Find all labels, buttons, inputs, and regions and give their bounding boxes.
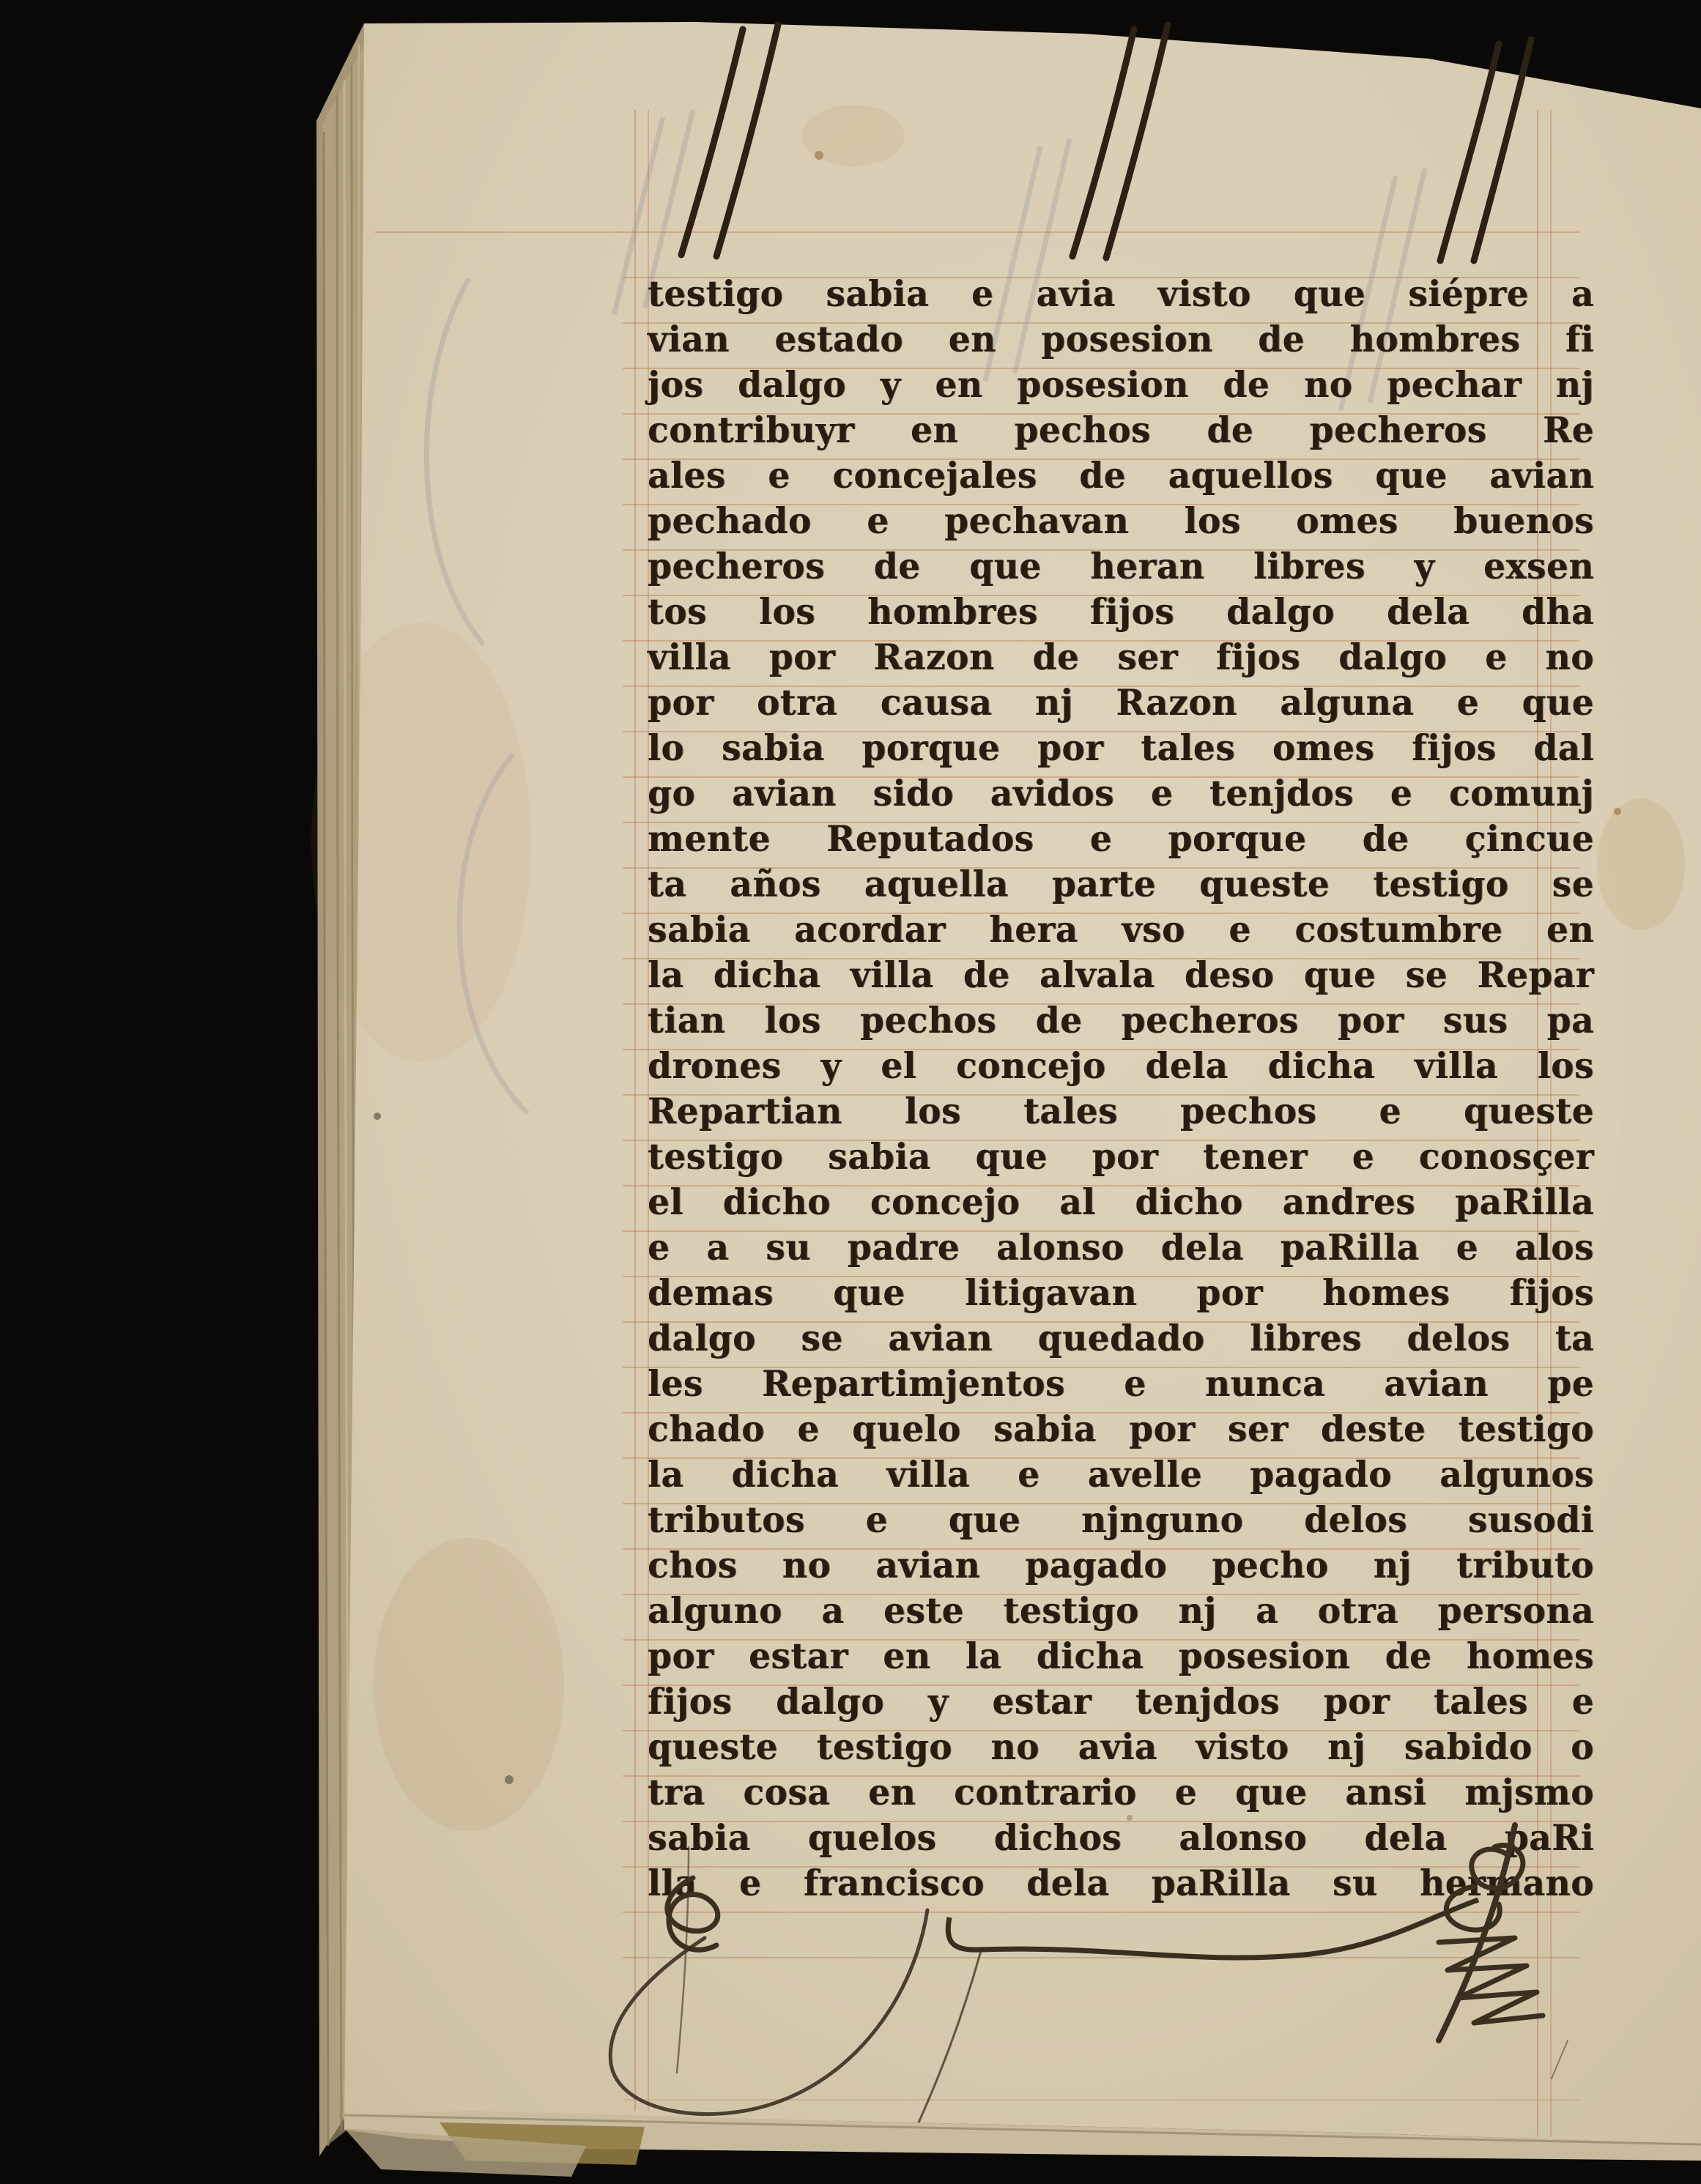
manuscript-line: jos dalgo y en posesion de no pechar nj [648, 362, 1594, 409]
manuscript-line: e a su padre alonso dela paRilla e alos [648, 1225, 1594, 1271]
manuscript-line: contribuyr en pechos de pecheros Re [648, 407, 1594, 454]
ruling-line-top-extension [375, 231, 624, 233]
manuscript-line: sabia quelos dichos alonso dela paRi [648, 1815, 1594, 1862]
manuscript-line: queste testigo no avia visto nj sabido o [648, 1724, 1594, 1771]
manuscript-line: tos los hombres fijos dalgo dela dha [648, 589, 1594, 636]
manuscript-line: la dicha villa e avelle pagado algunos [648, 1452, 1594, 1498]
manuscript-line: tra cosa en contrario e que ansi mjsmo [648, 1769, 1594, 1816]
manuscript-line: pecheros de que heran libres y exsen [648, 543, 1594, 590]
manuscript-line: fijos dalgo y estar tenjdos por tales e [648, 1679, 1594, 1726]
manuscript-line: testigo sabia que por tener e conosçer [648, 1134, 1594, 1181]
manuscript-line: Repartian los tales pechos e queste [648, 1088, 1594, 1135]
manuscript-line: ta años aquella parte queste testigo se [648, 861, 1594, 908]
manuscript-line: les Repartimjentos e nunca avian pe [648, 1361, 1594, 1408]
manuscript-line: ales e concejales de aquellos que avian [648, 453, 1594, 499]
margin-rule-left-outer [634, 110, 636, 2111]
ruling-line-below-text [623, 1957, 1579, 1958]
manuscript-line: drones y el concejo dela dicha villa los [648, 1043, 1594, 1090]
manuscript-line: go avian sido avidos e tenjdos e comunj [648, 770, 1594, 817]
manuscript-line: demas que litigavan por homes fijos [648, 1270, 1594, 1317]
manuscript-line: tian los pechos de pecheros por sus pa [648, 998, 1594, 1044]
manuscript-line: el dicho concejo al dicho andres paRilla [648, 1179, 1594, 1226]
manuscript-line: lla e francisco dela paRilla su hermano [648, 1860, 1594, 1907]
manuscript-photo: testigo sabia e avia visto que siépre av… [0, 0, 1701, 2184]
manuscript-line: tributos e que njnguno delos susodi [648, 1497, 1594, 1544]
manuscript-line: pechado e pechavan los omes buenos [648, 498, 1594, 545]
manuscript-line: vian estado en posesion de hombres fi [648, 316, 1594, 363]
manuscript-line: sabia acordar hera vso e costumbre en [648, 907, 1594, 954]
manuscript-line: chado e quelo sabia por ser deste testig… [648, 1406, 1594, 1453]
manuscript-line: la dicha villa de alvala deso que se Rep… [648, 952, 1594, 999]
manuscript-line: por estar en la dicha posesion de homes [648, 1633, 1594, 1680]
manuscript-line: villa por Razon de ser fijos dalgo e no [648, 634, 1594, 681]
manuscript-line: alguno a este testigo nj a otra persona [648, 1588, 1594, 1635]
manuscript-line: por otra causa nj Razon alguna e que [648, 680, 1594, 727]
ruling-line-bottom-margin [623, 2099, 1579, 2101]
manuscript-line: dalgo se avian quedado libres delos ta [648, 1315, 1594, 1362]
manuscript-line: chos no avian pagado pecho nj tributo [648, 1542, 1594, 1589]
manuscript-line: testigo sabia e avia visto que siépre a [648, 271, 1594, 318]
manuscript-line: lo sabia porque por tales omes fijos dal [648, 725, 1594, 772]
text-block: testigo sabia e avia visto que siépre av… [648, 271, 1594, 1906]
manuscript-line: mente Reputados e porque de çincue [648, 816, 1594, 863]
